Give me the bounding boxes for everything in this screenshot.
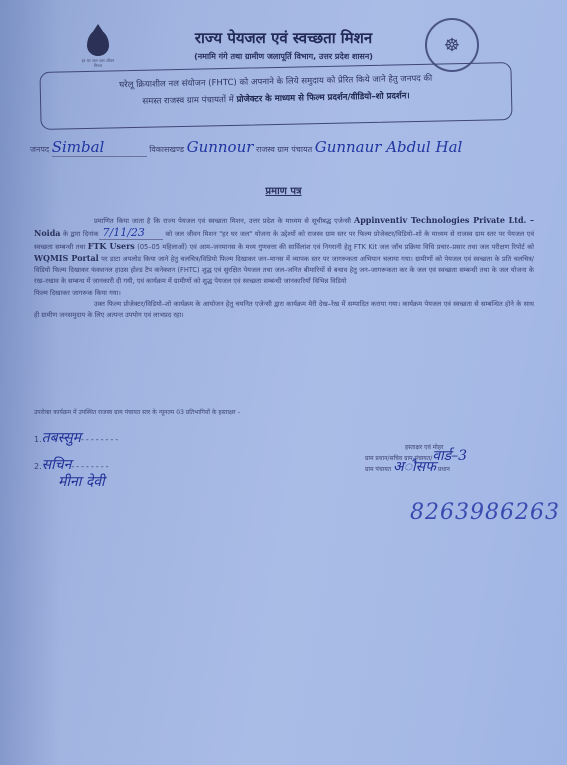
signatures-intro: उपरोक्त कार्यक्रम में उपस्थित राजस्व ग्र… [34,408,334,417]
signature-2: 2.सचिन-------- मीना देवी [34,455,110,491]
paragraph-1: प्रमाणित किया जाता है कि राज्य पेयजल एवं… [34,215,534,288]
location-fields: जनपद Simbal विकासखण्ड Gunnour राजस्व ग्र… [30,138,550,157]
pradhan-signature: अौसफ [393,459,436,475]
certificate-body: प्रमाणित किया जाता है कि राज्य पेयजल एवं… [34,215,534,322]
mission-subtitle: (नमामि गंगे तथा ग्रामीण जलापूर्ति विभाग,… [0,51,567,62]
block-field: Gunnour [187,138,254,156]
certificate-page: हर घर जल जल जीवन मिशन राज्य पेयजल एवं स्… [0,0,567,765]
pradhan-seal: हस्ताक्षर एवं मोहर ग्राम प्रधान/सचिव ग्र… [365,443,467,474]
event-date: 7/11/23 [99,226,163,240]
handwritten-phone-number: 8263986263 [410,500,560,525]
paragraph-2: उक्त फिल्म प्रोजेक्टर/विडियो–शो कार्यक्र… [34,299,534,322]
district-field: Simbal [52,138,147,157]
scheme-banner: घरेलू क्रियाशील नल संयोजन (FHTC) को अपना… [39,62,512,130]
ward-number: वार्ड–3 [432,448,467,464]
banner-line-2: समस्त राजस्व ग्राम पंचायतों में प्रोजेक्… [41,88,511,109]
gram-label: राजस्व ग्राम पंचायत [256,145,312,154]
district-label: जनपद [30,145,49,154]
signature-1: 1.तबस्सुम-------- [34,428,120,447]
certificate-heading: प्रमाण पत्र [0,183,567,197]
block-label: विकासखण्ड [149,145,184,154]
paragraph-1-end: फिल्म दिखाकर जागरूक किया गया। [34,288,534,299]
mission-title: राज्य पेयजल एवं स्वच्छता मिशन [0,28,567,48]
gram-field: Gunnaur Abdul Hal [315,138,463,156]
